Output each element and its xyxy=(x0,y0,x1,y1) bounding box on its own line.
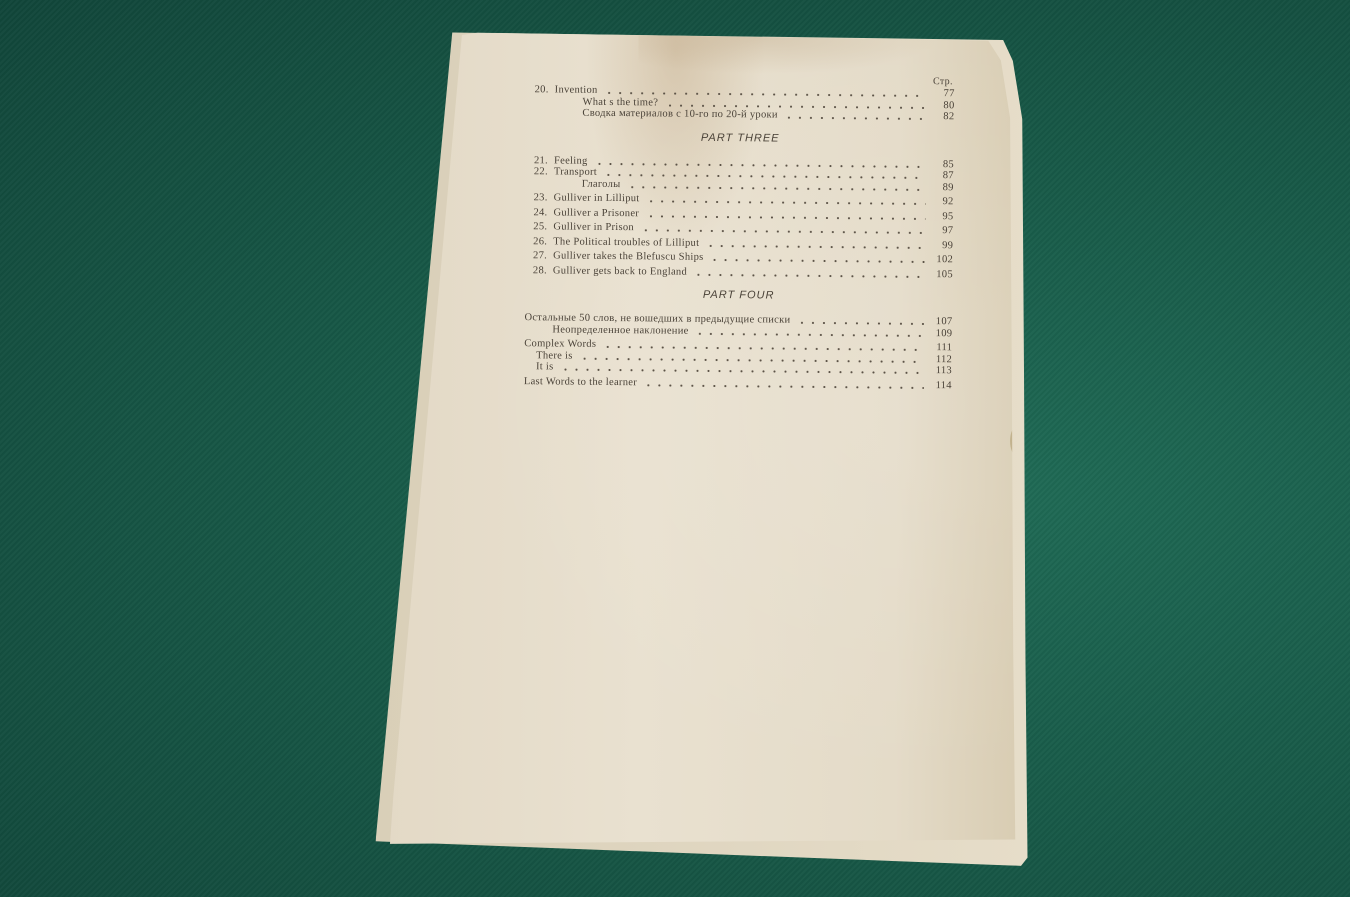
entry-number: 25. xyxy=(525,221,547,232)
entry-page: 113 xyxy=(930,365,952,376)
entry-title: Gulliver a Prisoner xyxy=(553,207,639,219)
entry-page: 114 xyxy=(930,380,952,391)
entry-page: 92 xyxy=(932,196,954,207)
dot-leader xyxy=(640,230,925,235)
dot-leader xyxy=(643,384,924,389)
entry-page: 112 xyxy=(930,354,952,365)
dot-leader xyxy=(784,117,927,120)
table-of-contents: Стр. 20. Invention 77 What s the time? 8… xyxy=(524,72,955,391)
dot-leader xyxy=(645,215,925,220)
toc-entry: 27. Gulliver takes the Blefuscu Ships 10… xyxy=(525,250,953,266)
toc-entry: 24. Gulliver a Prisoner 95 xyxy=(525,207,953,223)
toc-entry: 23. Gulliver in Lilliput 92 xyxy=(526,192,954,208)
entry-title: Глаголы xyxy=(554,178,621,190)
entry-title: Gulliver takes the Blefuscu Ships xyxy=(553,250,704,262)
dot-leader xyxy=(796,322,924,325)
entry-page: 109 xyxy=(930,328,952,339)
entry-title: Gulliver in Lilliput xyxy=(554,192,640,204)
entry-title: What s the time? xyxy=(555,96,659,108)
toc-entry: 25. Gulliver in Prison 97 xyxy=(525,221,953,237)
toc-section-part-three: 21. Feeling 85 22. Transport 87 Глаголы … xyxy=(525,155,954,281)
dot-leader xyxy=(695,333,925,337)
entry-number: 22. xyxy=(526,166,548,177)
entry-page: 80 xyxy=(932,100,954,111)
entry-title: Gulliver in Prison xyxy=(553,221,634,233)
entry-title: The Political troubles of Lilliput xyxy=(553,236,699,248)
toc-section-part-four: Остальные 50 слов, не вошедших в предыду… xyxy=(524,312,953,391)
dot-leader xyxy=(626,186,925,191)
dot-leader xyxy=(710,259,926,263)
dot-leader xyxy=(693,274,925,278)
entry-title: Сводка материалов с 10-го по 20-й уроки xyxy=(554,107,778,120)
entry-number: 26. xyxy=(525,236,547,247)
entry-number: 20. xyxy=(527,84,549,95)
entry-number: 23. xyxy=(526,192,548,203)
part-three-heading: PART THREE xyxy=(526,131,954,146)
part-four-heading: PART FOUR xyxy=(525,288,953,303)
entry-title: Complex Words xyxy=(524,338,596,350)
entry-page: 99 xyxy=(931,240,953,251)
dot-leader xyxy=(646,201,926,206)
entry-number: 27. xyxy=(525,250,547,261)
book-page: Стр. 20. Invention 77 What s the time? 8… xyxy=(384,32,1027,856)
dot-leader xyxy=(560,369,924,374)
entry-page: 85 xyxy=(932,159,954,170)
entry-number: 28. xyxy=(525,265,547,276)
toc-section-continued: 20. Invention 77 What s the time? 80 Сво… xyxy=(526,84,954,123)
entry-title: It is xyxy=(524,361,554,372)
entry-number: 24. xyxy=(525,207,547,218)
dot-leader xyxy=(705,245,925,249)
water-stain xyxy=(638,34,938,76)
entry-page: 87 xyxy=(932,170,954,181)
entry-page: 111 xyxy=(930,342,952,353)
entry-page: 105 xyxy=(931,269,953,280)
toc-entry: 28. Gulliver gets back to England 105 xyxy=(525,265,953,281)
toc-entry: Last Words to the learner 114 xyxy=(524,376,952,392)
entry-page: 107 xyxy=(930,316,952,327)
entry-page: 82 xyxy=(932,111,954,122)
entry-page: 77 xyxy=(933,88,955,99)
entry-page: 95 xyxy=(931,211,953,222)
book: Стр. 20. Invention 77 What s the time? 8… xyxy=(375,32,1032,866)
entry-page: 97 xyxy=(931,225,953,236)
toc-entry: 26. The Political troubles of Lilliput 9… xyxy=(525,236,953,252)
entry-title: Last Words to the learner xyxy=(524,376,637,388)
entry-page: 102 xyxy=(931,254,953,265)
entry-title: Invention xyxy=(555,84,598,95)
entry-title: Feeling xyxy=(554,155,588,166)
entry-title: Неопределенное наклонение xyxy=(524,324,688,337)
entry-title: Gulliver gets back to England xyxy=(553,265,687,277)
entry-number: 21. xyxy=(526,155,548,166)
entry-page: 89 xyxy=(932,182,954,193)
entry-title: There is xyxy=(524,350,573,361)
entry-title: Transport xyxy=(554,166,597,177)
